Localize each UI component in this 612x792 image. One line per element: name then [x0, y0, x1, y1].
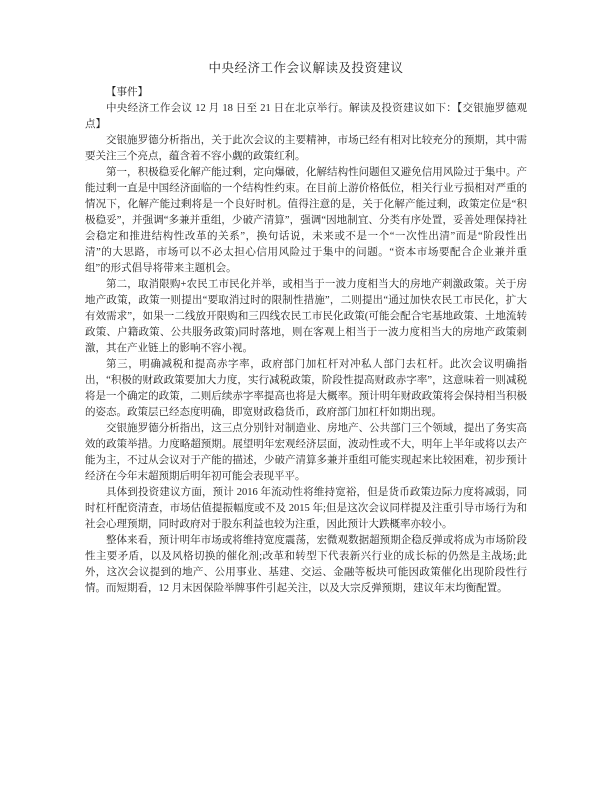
document-page: 中央经济工作会议解读及投资建议 【事件】 中央经济工作会议 12 月 18 日至…: [0, 0, 612, 792]
document-title: 中央经济工作会议解读及投资建议: [85, 58, 527, 78]
paragraph: 整体来看，预计明年市场或将维持宽度震荡，宏微观数据超预期企稳反弹或将成为市场阶段…: [85, 533, 527, 597]
paragraph: 交银施罗德分析指出，关于此次会议的主要精神，市场已经有相对比较充分的预期，其中需…: [85, 133, 527, 165]
paragraph: 具体到投资建议方面，预计 2016 年流动性将维持宽裕，但是货币政策边际力度将减…: [85, 485, 527, 533]
paragraph: 第一，积极稳妥化解产能过剩，定向爆破，化解结构性问题但又避免信用风险过于集中。产…: [85, 165, 527, 277]
paragraph: 【事件】: [85, 85, 527, 101]
paragraph: 中央经济工作会议 12 月 18 日至 21 日在北京举行。解读及投资建议如下：…: [85, 101, 527, 133]
document-body: 【事件】 中央经济工作会议 12 月 18 日至 21 日在北京举行。解读及投资…: [85, 85, 527, 597]
paragraph: 交银施罗德分析指出，这三点分别针对制造业、房地产、公共部门三个领域，提出了务实高…: [85, 421, 527, 485]
paragraph: 第二，取消限购+农民工市民化并举，或相当于一波力度相当大的房地产刺激政策。关于房…: [85, 277, 527, 357]
paragraph: 第三，明确减税和提高赤字率，政府部门加杠杆对冲私人部门去杠杆。此次会议明确指出，…: [85, 357, 527, 421]
